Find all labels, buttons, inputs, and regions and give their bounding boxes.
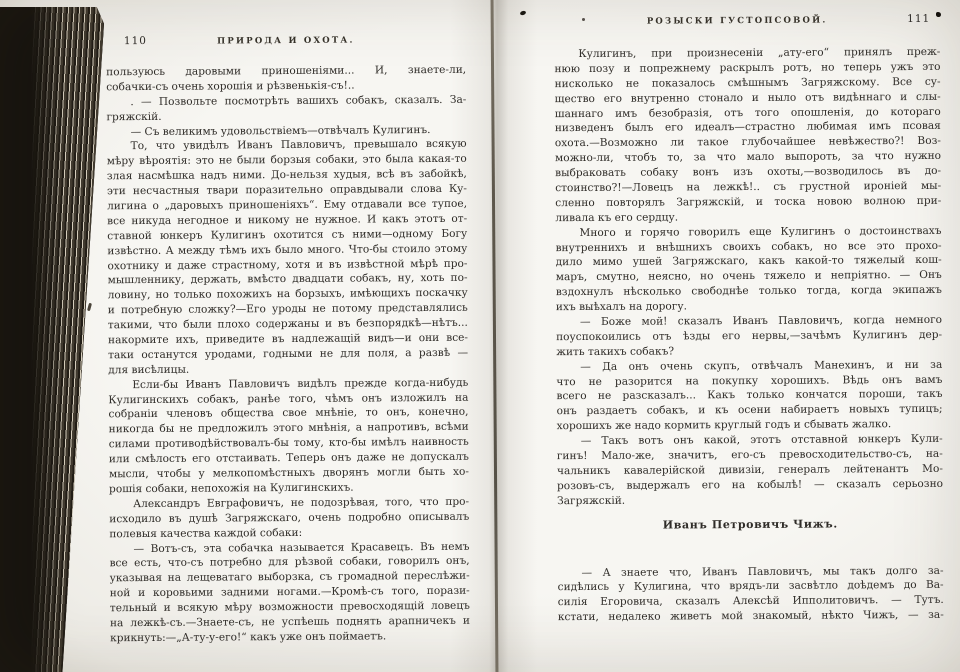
right-page: РОЗЫСКИ ГУСТОПСОВОЙ. 111 Кулигинъ, при п…	[554, 15, 944, 625]
text-line: на лежкѣ-съ.—Знаете-съ, не успѣешь подня…	[110, 614, 470, 631]
running-header: РОЗЫСКИ ГУСТОПСОВОЙ. 111	[554, 15, 940, 30]
text-line: сленно повторялъ Загряжскій, и тоска нов…	[555, 194, 941, 211]
text-line: кстати, недалеко живетъ мой знакомый, нѣ…	[558, 608, 944, 625]
text-line: поуспокоились отъ ѣзды его нервы,—зачѣмъ…	[556, 328, 942, 345]
text-line: исходило въ душѣ Загряжскаго, очень подр…	[109, 509, 469, 526]
page-number: 110	[124, 35, 147, 47]
ink-speck	[87, 303, 92, 312]
section-heading: Иванъ Петровичъ Чижъ.	[557, 516, 943, 533]
text-line: . — Позвольте посмотрѣть вашихъ собакъ, …	[106, 93, 466, 110]
running-title: РОЗЫСКИ ГУСТОПСОВОЙ.	[544, 15, 930, 27]
page-text: пользуюсь даровыми приношеніями... И, зн…	[106, 63, 470, 646]
text-line: пользуюсь даровыми приношеніями... И, зн…	[106, 63, 466, 80]
text-line: таки останутся уродами, годными не для п…	[108, 346, 468, 363]
book-photo: 110 ПРИРОДА И ОХОТА. пользуюсь даровыми …	[0, 0, 960, 672]
ink-speck	[582, 18, 585, 21]
text-line: мысли, чтобы у мелкопомѣстныхъ дворянъ м…	[109, 465, 469, 482]
page-edge-stack	[0, 7, 104, 672]
page-text: Кулигинъ, при произнесеніи „ату-его“ при…	[554, 45, 944, 625]
running-title: ПРИРОДА И ОХОТА.	[106, 35, 466, 48]
running-header: 110 ПРИРОДА И ОХОТА.	[106, 35, 466, 51]
text-line: крикнуть:—„А-ту-у-его!“ какъ уже онъ пой…	[110, 629, 470, 646]
page-number: 111	[907, 13, 930, 25]
text-line: вздохнулъ нѣсколько свободнѣе только тог…	[556, 283, 942, 300]
text-line: розовъ-съ, выдержалъ его на кобылѣ! — ск…	[557, 477, 943, 494]
text-line: Загряжскій.	[557, 492, 943, 509]
left-page: 110 ПРИРОДА И ОХОТА. пользуюсь даровыми …	[106, 35, 470, 646]
text-line: щество его внутренно стонало и ныло отъ …	[555, 89, 941, 106]
ink-speck	[936, 12, 941, 17]
